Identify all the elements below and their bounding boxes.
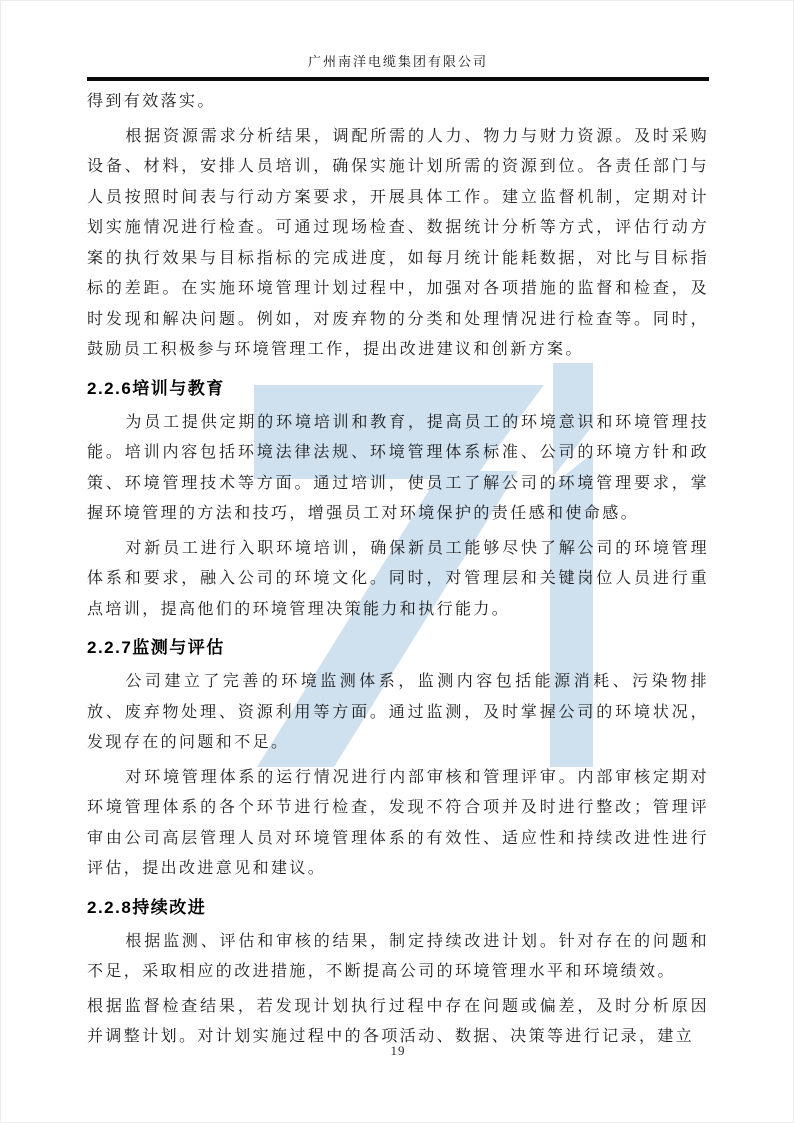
section-heading: 2.2.7监测与评估 xyxy=(87,634,709,662)
paragraph: 根据监测、评估和审核的结果，制定持续改进计划。针对存在的问题和不足，采取相应的改… xyxy=(87,927,709,988)
paragraph: 对新员工进行入职环境培训，确保新员工能够尽快了解公司的环境管理体系和要求，融入公… xyxy=(87,534,709,626)
section-heading: 2.2.6培训与教育 xyxy=(87,375,709,403)
company-name: 广州南洋电缆集团有限公司 xyxy=(308,54,488,69)
paragraph: 公司建立了完善的环境监测体系，监测内容包括能源消耗、污染物排放、废弃物处理、资源… xyxy=(87,667,709,759)
document-page: 广州南洋电缆集团有限公司 得到有效落实。根据资源需求分析结果，调配所需的人力、物… xyxy=(0,0,794,1123)
paragraph: 根据资源需求分析结果，调配所需的人力、物力与财力资源。及时采购设备、材料，安排人… xyxy=(87,122,709,366)
section-heading: 2.2.8持续改进 xyxy=(87,894,709,922)
page-footer: 19 xyxy=(1,1043,794,1059)
page-number: 19 xyxy=(391,1043,406,1058)
paragraph: 得到有效落实。 xyxy=(87,87,709,118)
document-body: 得到有效落实。根据资源需求分析结果，调配所需的人力、物力与财力资源。及时采购设备… xyxy=(87,87,709,1057)
page-header: 广州南洋电缆集团有限公司 xyxy=(87,51,709,81)
paragraph: 为员工提供定期的环境培训和教育，提高员工的环境意识和环境管理技能。培训内容包括环… xyxy=(87,408,709,530)
paragraph: 对环境管理体系的运行情况进行内部审核和管理评审。内部审核定期对环境管理体系的各个… xyxy=(87,763,709,885)
